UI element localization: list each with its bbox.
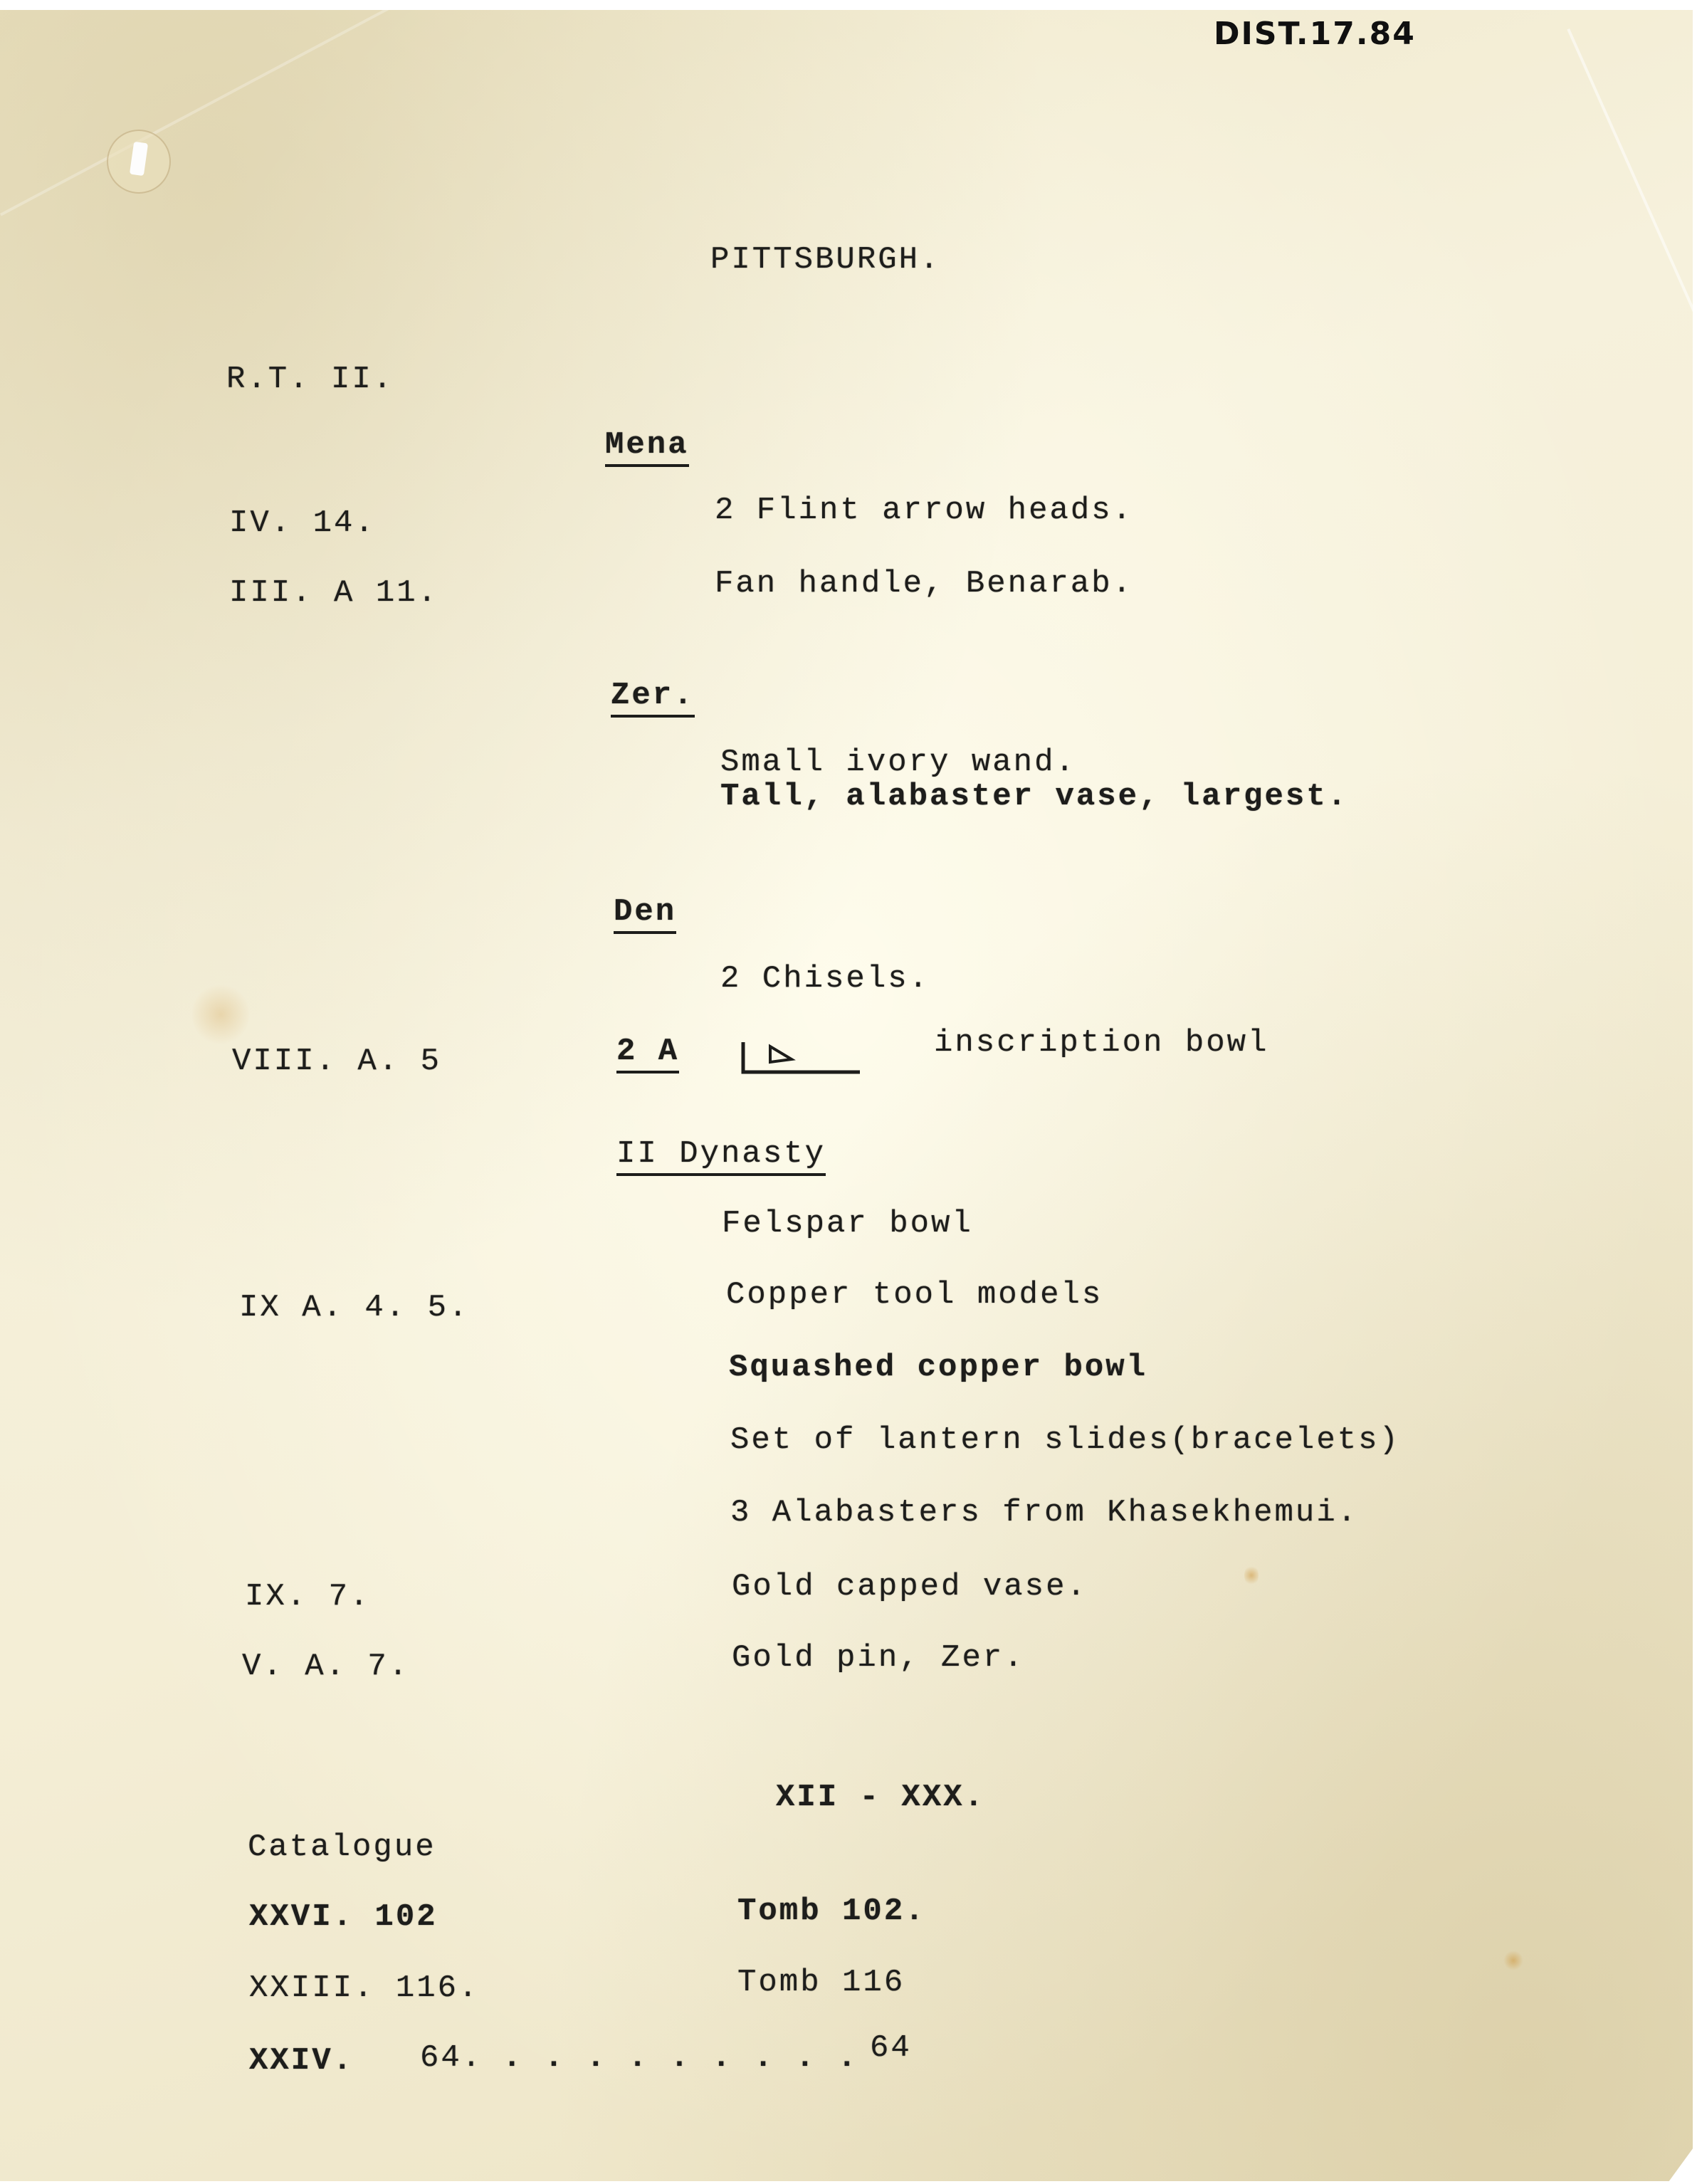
item-desc: Copper tool models: [726, 1277, 1103, 1313]
item-prefix: 2 A: [616, 1034, 679, 1073]
item-desc: 64: [870, 2030, 912, 2066]
stain-spot: [1244, 1565, 1259, 1586]
item-ref: XXIII. 116.: [249, 1970, 479, 2006]
stain-spot: [192, 982, 249, 1046]
section-heading-den: Den: [614, 894, 676, 934]
reference-header: R.T. II.: [226, 362, 394, 397]
item-ref: XXVI. 102: [249, 1899, 438, 1935]
item-desc: Tall, alabaster vase, largest.: [720, 779, 1348, 814]
item-ref-number: 64.: [420, 2040, 483, 2076]
item-desc: Felspar bowl: [722, 1206, 973, 1241]
catalogue-label: Catalogue: [248, 1829, 436, 1865]
item-ref: VIII. A. 5: [232, 1044, 441, 1079]
item-ref: IX. 7.: [245, 1579, 370, 1615]
accession-mark: DIST.17.84: [1214, 16, 1416, 52]
item-desc: Tomb 116: [737, 1965, 905, 2000]
item-desc: 2 Flint arrow heads.: [715, 493, 1133, 528]
item-ref: III. A 11.: [229, 575, 438, 611]
item-desc: Gold capped vase.: [732, 1569, 1088, 1605]
item-desc: 2 Chisels.: [720, 961, 930, 997]
document-title: PITTSBURGH.: [710, 242, 940, 278]
item-desc: 3 Alabasters from Khasekhemui.: [730, 1495, 1358, 1531]
dot-leader: . . . . . . . . .: [503, 2040, 858, 2076]
item-desc: Gold pin, Zer.: [732, 1640, 1025, 1676]
item-desc: inscription bowl: [934, 1025, 1268, 1061]
section-heading-xii-xxx: XII - XXX.: [776, 1780, 985, 1815]
stain-spot: [1503, 1951, 1523, 1970]
section-heading-mena: Mena: [605, 427, 689, 467]
item-ref: XXIV.: [249, 2043, 354, 2079]
item-desc: Set of lantern slides(bracelets): [730, 1422, 1400, 1458]
section-heading-ii-dynasty: II Dynasty: [616, 1136, 826, 1176]
item-ref: IX A. 4. 5.: [239, 1290, 469, 1325]
section-heading-zer: Zer.: [611, 678, 695, 718]
item-desc: Tomb 102.: [737, 1894, 926, 1929]
item-desc: Squashed copper bowl: [729, 1350, 1147, 1385]
hieroglyph-inscription-icon: [740, 1041, 861, 1075]
item-desc: Fan handle, Benarab.: [715, 566, 1133, 602]
item-ref: V. A. 7.: [242, 1649, 409, 1684]
item-ref: IV. 14.: [229, 505, 376, 541]
item-desc: Small ivory wand.: [720, 745, 1076, 780]
